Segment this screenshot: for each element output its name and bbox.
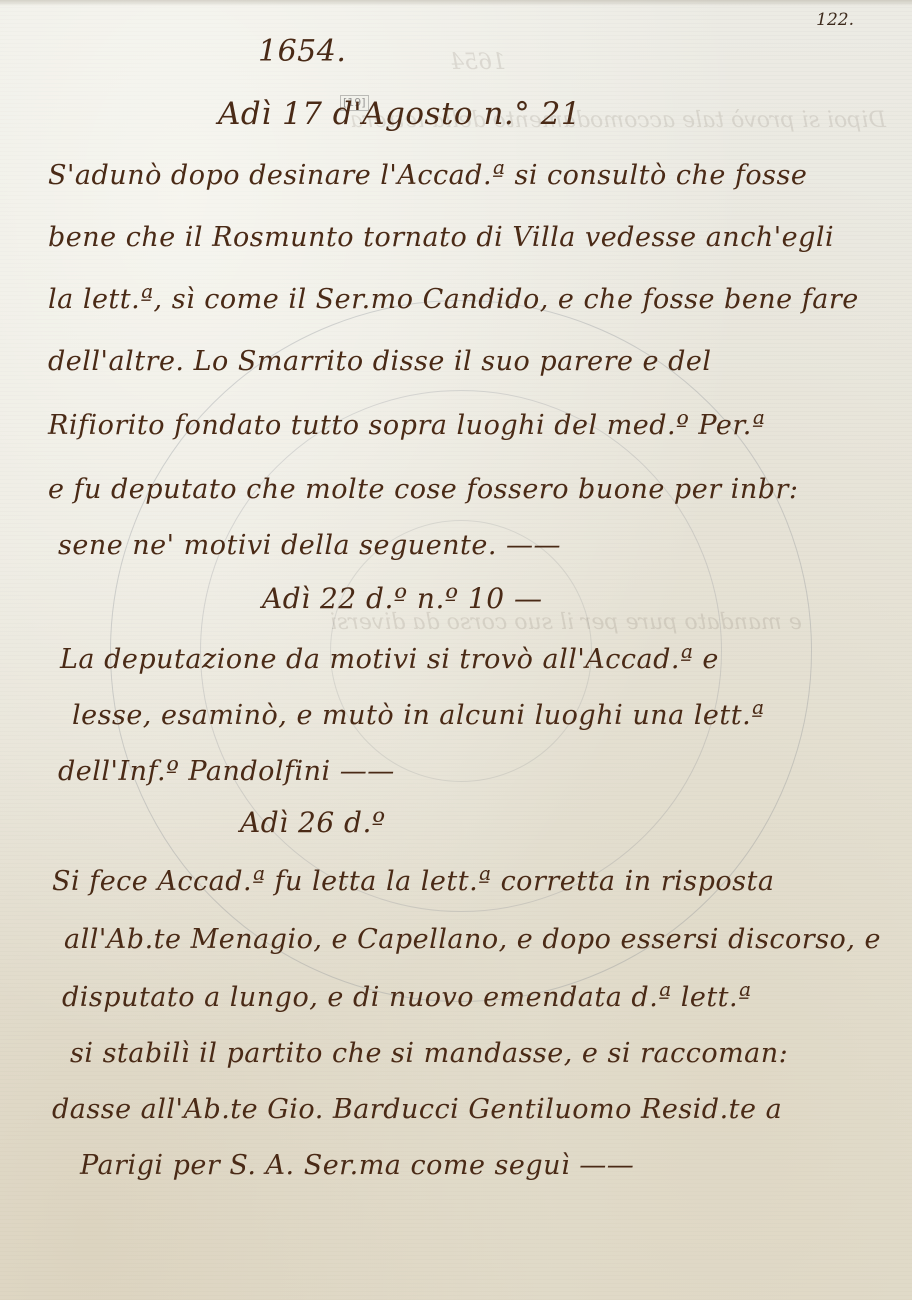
entry-line: si stabilì il partito che si mandasse, e…: [70, 1038, 788, 1069]
entry-line: all'Ab.te Menagio, e Capellano, e dopo e…: [64, 924, 881, 955]
entry-line: S'adunò dopo desinare l'Accad.ª si consu…: [48, 160, 807, 191]
entry-heading: Adì 22 d.º n.º 10 —: [262, 582, 542, 615]
entry-heading: Adì 17 d'Agosto n.° 21: [218, 96, 581, 132]
entry-line: sene ne' motivi della seguente. ——: [58, 530, 561, 561]
manuscript-page: 1654 Dipoi si provò tale accomodamento d…: [0, 0, 912, 1300]
entry-line: dell'altre. Lo Smarrito disse il suo par…: [48, 346, 712, 377]
entry-line: lesse, esaminò, e mutò in alcuni luoghi …: [72, 700, 765, 731]
entry-line: Parigi per S. A. Ser.ma come seguì ——: [80, 1150, 634, 1181]
page-edge-shadow: [0, 0, 912, 6]
year-heading: 1654.: [258, 34, 346, 69]
entry-line: e fu deputato che molte cose fossero buo…: [48, 474, 799, 505]
entry-line: disputato a lungo, e di nuovo emendata d…: [62, 982, 751, 1013]
entry-line: dell'Inf.º Pandolfini ——: [58, 756, 395, 787]
entry-line: Si fece Accad.ª fu letta la lett.ª corre…: [52, 866, 774, 897]
entry-line: Rifiorito fondato tutto sopra luoghi del…: [48, 410, 765, 441]
entry-heading: Adì 26 d.º: [240, 806, 386, 839]
entry-line: bene che il Rosmunto tornato di Villa ve…: [48, 222, 834, 253]
entry-line: La deputazione da motivi si trovò all'Ac…: [60, 644, 719, 675]
folio-number: 122.: [816, 10, 854, 30]
entry-line: dasse all'Ab.te Gio. Barducci Gentiluomo…: [52, 1094, 782, 1125]
bleed-through-text: 1654: [450, 50, 506, 75]
entry-line: la lett.ª, sì come il Ser.mo Candido, e …: [48, 284, 859, 315]
